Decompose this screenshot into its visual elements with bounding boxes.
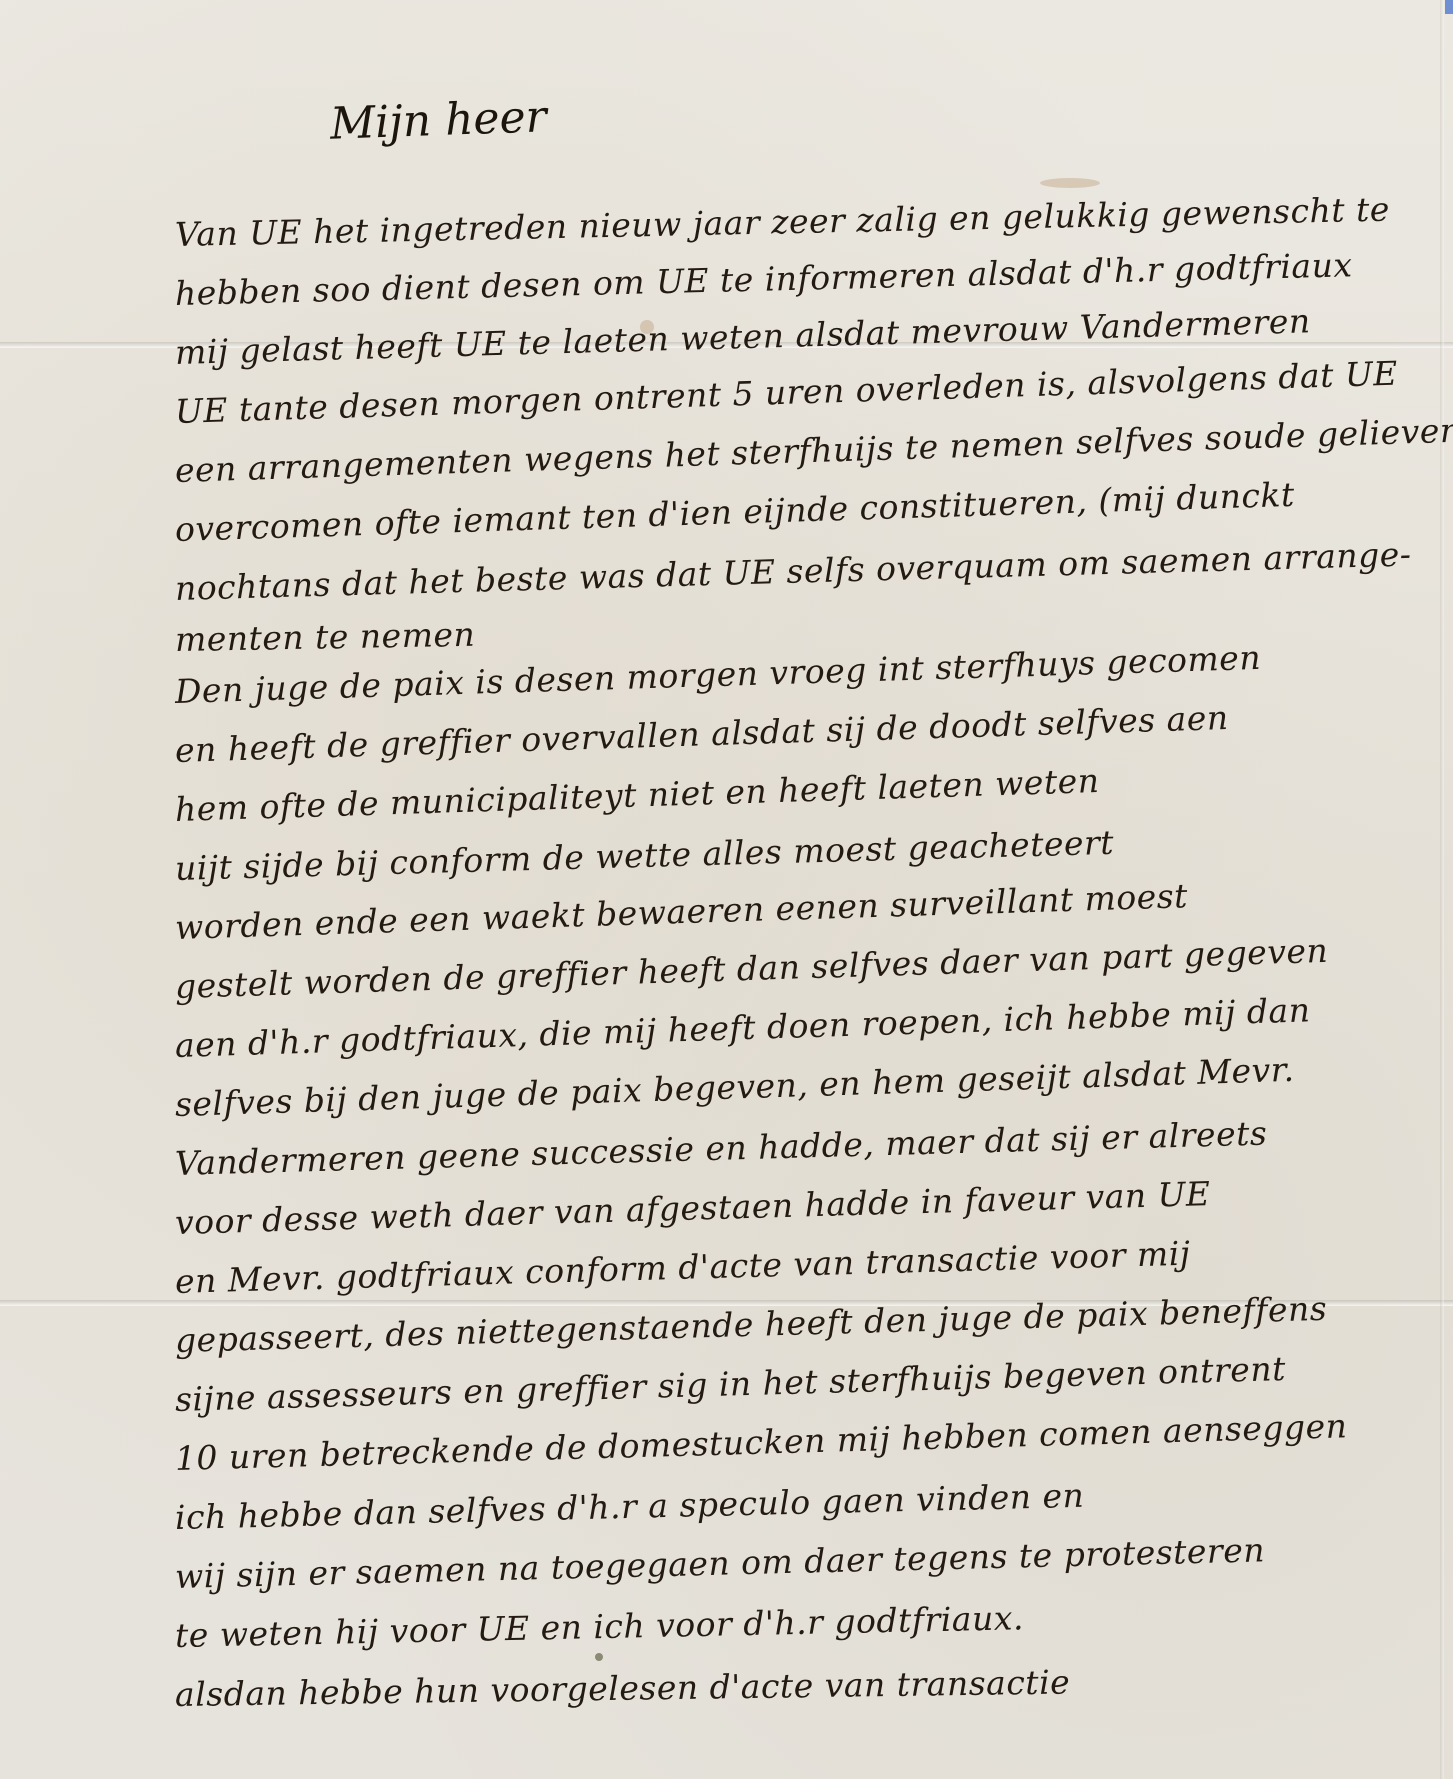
scan-edge: [1445, 0, 1453, 14]
letter-salutation: Mijn heer: [329, 91, 547, 150]
letter-body: Van UE het ingetreden nieuw jaar zeer za…: [175, 205, 1445, 1724]
letter-page: Mijn heer Van UE het ingetreden nieuw ja…: [0, 0, 1453, 1779]
